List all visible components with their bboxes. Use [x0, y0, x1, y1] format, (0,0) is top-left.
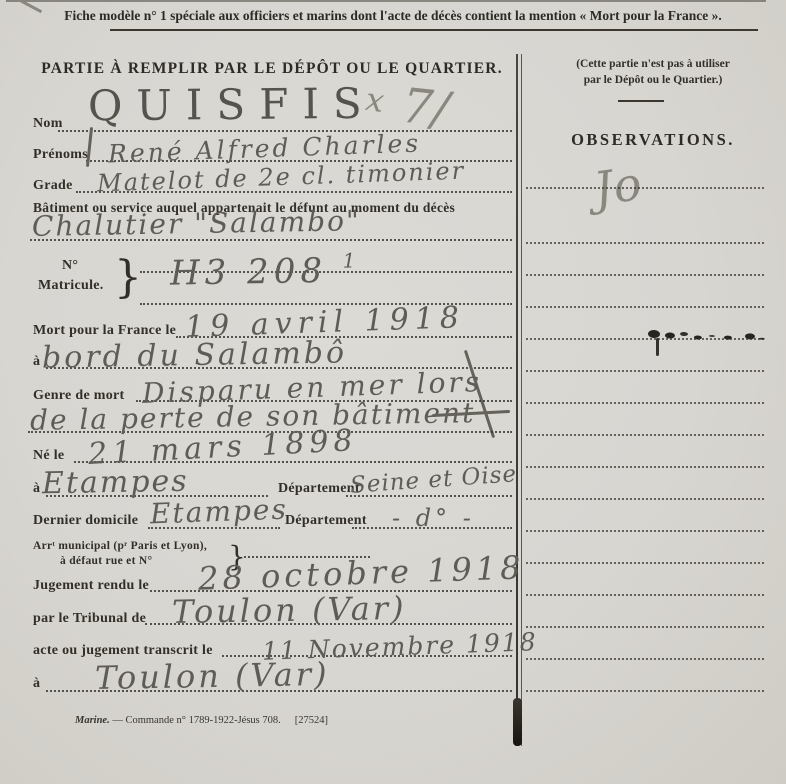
- jugement-label: Jugement rendu le: [33, 578, 149, 594]
- observations-dotted-line: [526, 274, 764, 276]
- matricule-number: H3 208: [170, 251, 328, 294]
- jugement-handwritten-value: 28 octobre 1918: [198, 551, 525, 594]
- form-header-title: Fiche modèle n° 1 spéciale aux officiers…: [0, 8, 786, 24]
- transcrit-lieu-label: à: [33, 676, 40, 692]
- observations-dotted-line: [526, 242, 764, 244]
- observations-dotted-line: [526, 690, 764, 692]
- observations-dotted-line: [526, 466, 764, 468]
- transcrit-lieu-handwritten-value: Toulon (Var): [95, 658, 330, 694]
- observations-dotted-line: [526, 530, 764, 532]
- observations-dotted-line: [526, 338, 764, 340]
- ne-le-label: Né le: [33, 448, 64, 464]
- domicile-departement-handwritten-value: - d° -: [392, 506, 475, 530]
- observations-dotted-line: [526, 370, 764, 372]
- observations-note-line1: (Cette partie n'est pas à utiliser: [524, 58, 782, 70]
- dernier-domicile-label: Dernier domicile: [33, 513, 138, 529]
- arr-municipal-label-line1: Arrᵗ municipal (pʳ Paris et Lyon),: [33, 540, 207, 552]
- matricule-brace: }: [114, 252, 142, 303]
- observations-note-line2: par le Dépôt ou le Quartier.): [524, 74, 782, 86]
- observations-dotted-line: [526, 402, 764, 404]
- batiment-handwritten-value: Chalutier "Salambo": [32, 207, 361, 241]
- observations-dotted-line: [526, 594, 764, 596]
- ink-smudge: [648, 330, 660, 338]
- imprint-text: — Commande n° 1789-1922-Jésus 708.: [110, 715, 281, 726]
- arr-municipal-label-line2: à défaut rue et N°: [60, 555, 152, 567]
- tribunal-handwritten-value: Toulon (Var): [172, 592, 407, 628]
- observations-dotted-line: [526, 306, 764, 308]
- tribunal-label: par le Tribunal de: [33, 611, 146, 627]
- mort-pour-la-france-label: Mort pour la France le: [33, 323, 176, 339]
- observations-title: OBSERVATIONS.: [524, 130, 782, 150]
- left-section-title: PARTIE À REMPLIR PAR LE DÉPÔT OU LE QUAR…: [28, 60, 516, 78]
- prenoms-label: Prénoms: [33, 147, 88, 163]
- matricule-label-line2: Matricule.: [38, 278, 104, 294]
- grade-label: Grade: [33, 178, 73, 194]
- observations-dotted-line: [526, 658, 764, 660]
- ne-a-departement-handwritten-value: Seine et Oise: [349, 463, 517, 498]
- domicile-handwritten-value: Etampes: [150, 496, 289, 529]
- print-imprint: Marine. — Commande n° 1789-1922-Jésus 70…: [75, 715, 328, 726]
- observations-dotted-line: [526, 187, 764, 189]
- observations-paraph: Jo: [591, 160, 645, 212]
- observations-dotted-line: [526, 498, 764, 500]
- pencil-mark-x: x: [364, 83, 386, 117]
- ink-drip: [656, 338, 659, 356]
- death-record-card: Fiche modèle n° 1 spéciale aux officiers…: [0, 0, 786, 784]
- pencil-mark-71: 7/: [400, 82, 451, 135]
- nom-handwritten-value: QUISFIS: [88, 83, 376, 128]
- matricule-label-line1: N°: [62, 258, 78, 274]
- observations-dotted-line: [526, 626, 764, 628]
- observations-dotted-line: [526, 562, 764, 564]
- ne-a-label: à: [33, 481, 40, 497]
- mort-lieu-handwritten-value: bord du Salambô: [42, 338, 348, 373]
- ne-a-handwritten-value: Etampes: [42, 467, 189, 500]
- ink-blot-divider-bottom: [513, 698, 522, 746]
- imprint-ref: [27524]: [295, 715, 328, 726]
- header-underline: [110, 29, 758, 31]
- matricule-superscript: 1: [342, 248, 360, 272]
- mort-lieu-label: à: [33, 354, 40, 370]
- top-border-rule: [6, 0, 766, 2]
- observations-separator-rule: [618, 100, 664, 102]
- matricule-handwritten-value: H3 208 1: [170, 250, 361, 290]
- observations-dotted-line: [526, 434, 764, 436]
- imprint-brand: Marine.: [75, 715, 110, 726]
